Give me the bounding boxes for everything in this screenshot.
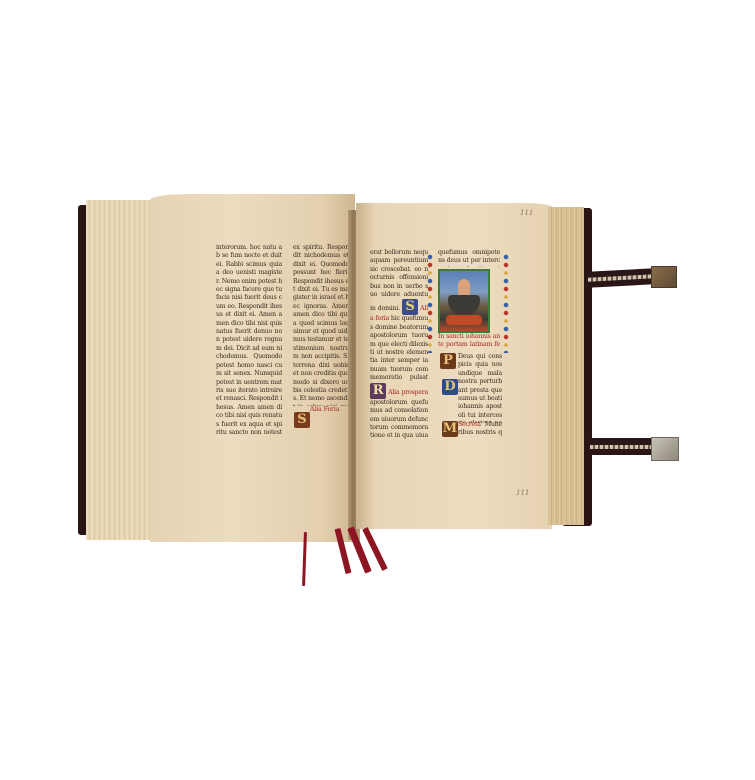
- folio-number-bottom: 111: [516, 489, 529, 497]
- cauldron: [448, 295, 480, 315]
- illuminated-initial: M: [442, 421, 458, 437]
- right-page-column-2: Deus qui conspicis quia nos undique mala…: [458, 353, 502, 423]
- illuminated-initial: S: [402, 299, 418, 315]
- illuminated-initial: P: [440, 353, 456, 369]
- left-page-column-2: ex spiritu. Respondit nichodemus et dixi…: [293, 244, 349, 406]
- illuminated-initial: R: [370, 383, 386, 399]
- illuminated-initial: D: [442, 379, 458, 395]
- clasp-braid: [590, 445, 654, 449]
- left-page-column-1: interorum. hoc natu ab se fum nocte et d…: [216, 244, 282, 434]
- clasp-braid: [588, 274, 652, 281]
- right-page-column-2-bottom: Secreta Muneribus nostris quefumus domin…: [458, 421, 502, 437]
- page-edges-left: [86, 200, 158, 540]
- folio-number-top: 111: [520, 209, 533, 217]
- bookmark-ribbon[interactable]: [302, 532, 307, 586]
- floral-border-left: [426, 253, 434, 353]
- clasp-upper-metal[interactable]: [651, 266, 677, 288]
- illuminated-initial: S: [294, 412, 310, 428]
- clasp-strap-upper[interactable]: [586, 268, 656, 288]
- right-page-column-2-top: quefumus omnipotens deus ut per interces…: [438, 249, 500, 267]
- feast-rubric-heading: In sancti iohannis ante portam latinam f…: [438, 333, 500, 351]
- fire: [446, 315, 482, 325]
- clasp-strap-lower[interactable]: [588, 438, 658, 455]
- right-page: 111 erat bellorum nequaquam pereuntium s…: [356, 203, 552, 529]
- floral-border-right: [502, 253, 510, 353]
- clasp-lower-metal[interactable]: [651, 437, 679, 461]
- miniature-illustration: [438, 269, 490, 333]
- page-edges-right: [548, 207, 584, 525]
- left-page-rubric: Alia Feria: [310, 406, 339, 413]
- left-page: interorum. hoc natu ab se fum nocte et d…: [150, 194, 355, 542]
- right-page-column-1: erat bellorum nequaquam pereuntium sic c…: [370, 249, 428, 439]
